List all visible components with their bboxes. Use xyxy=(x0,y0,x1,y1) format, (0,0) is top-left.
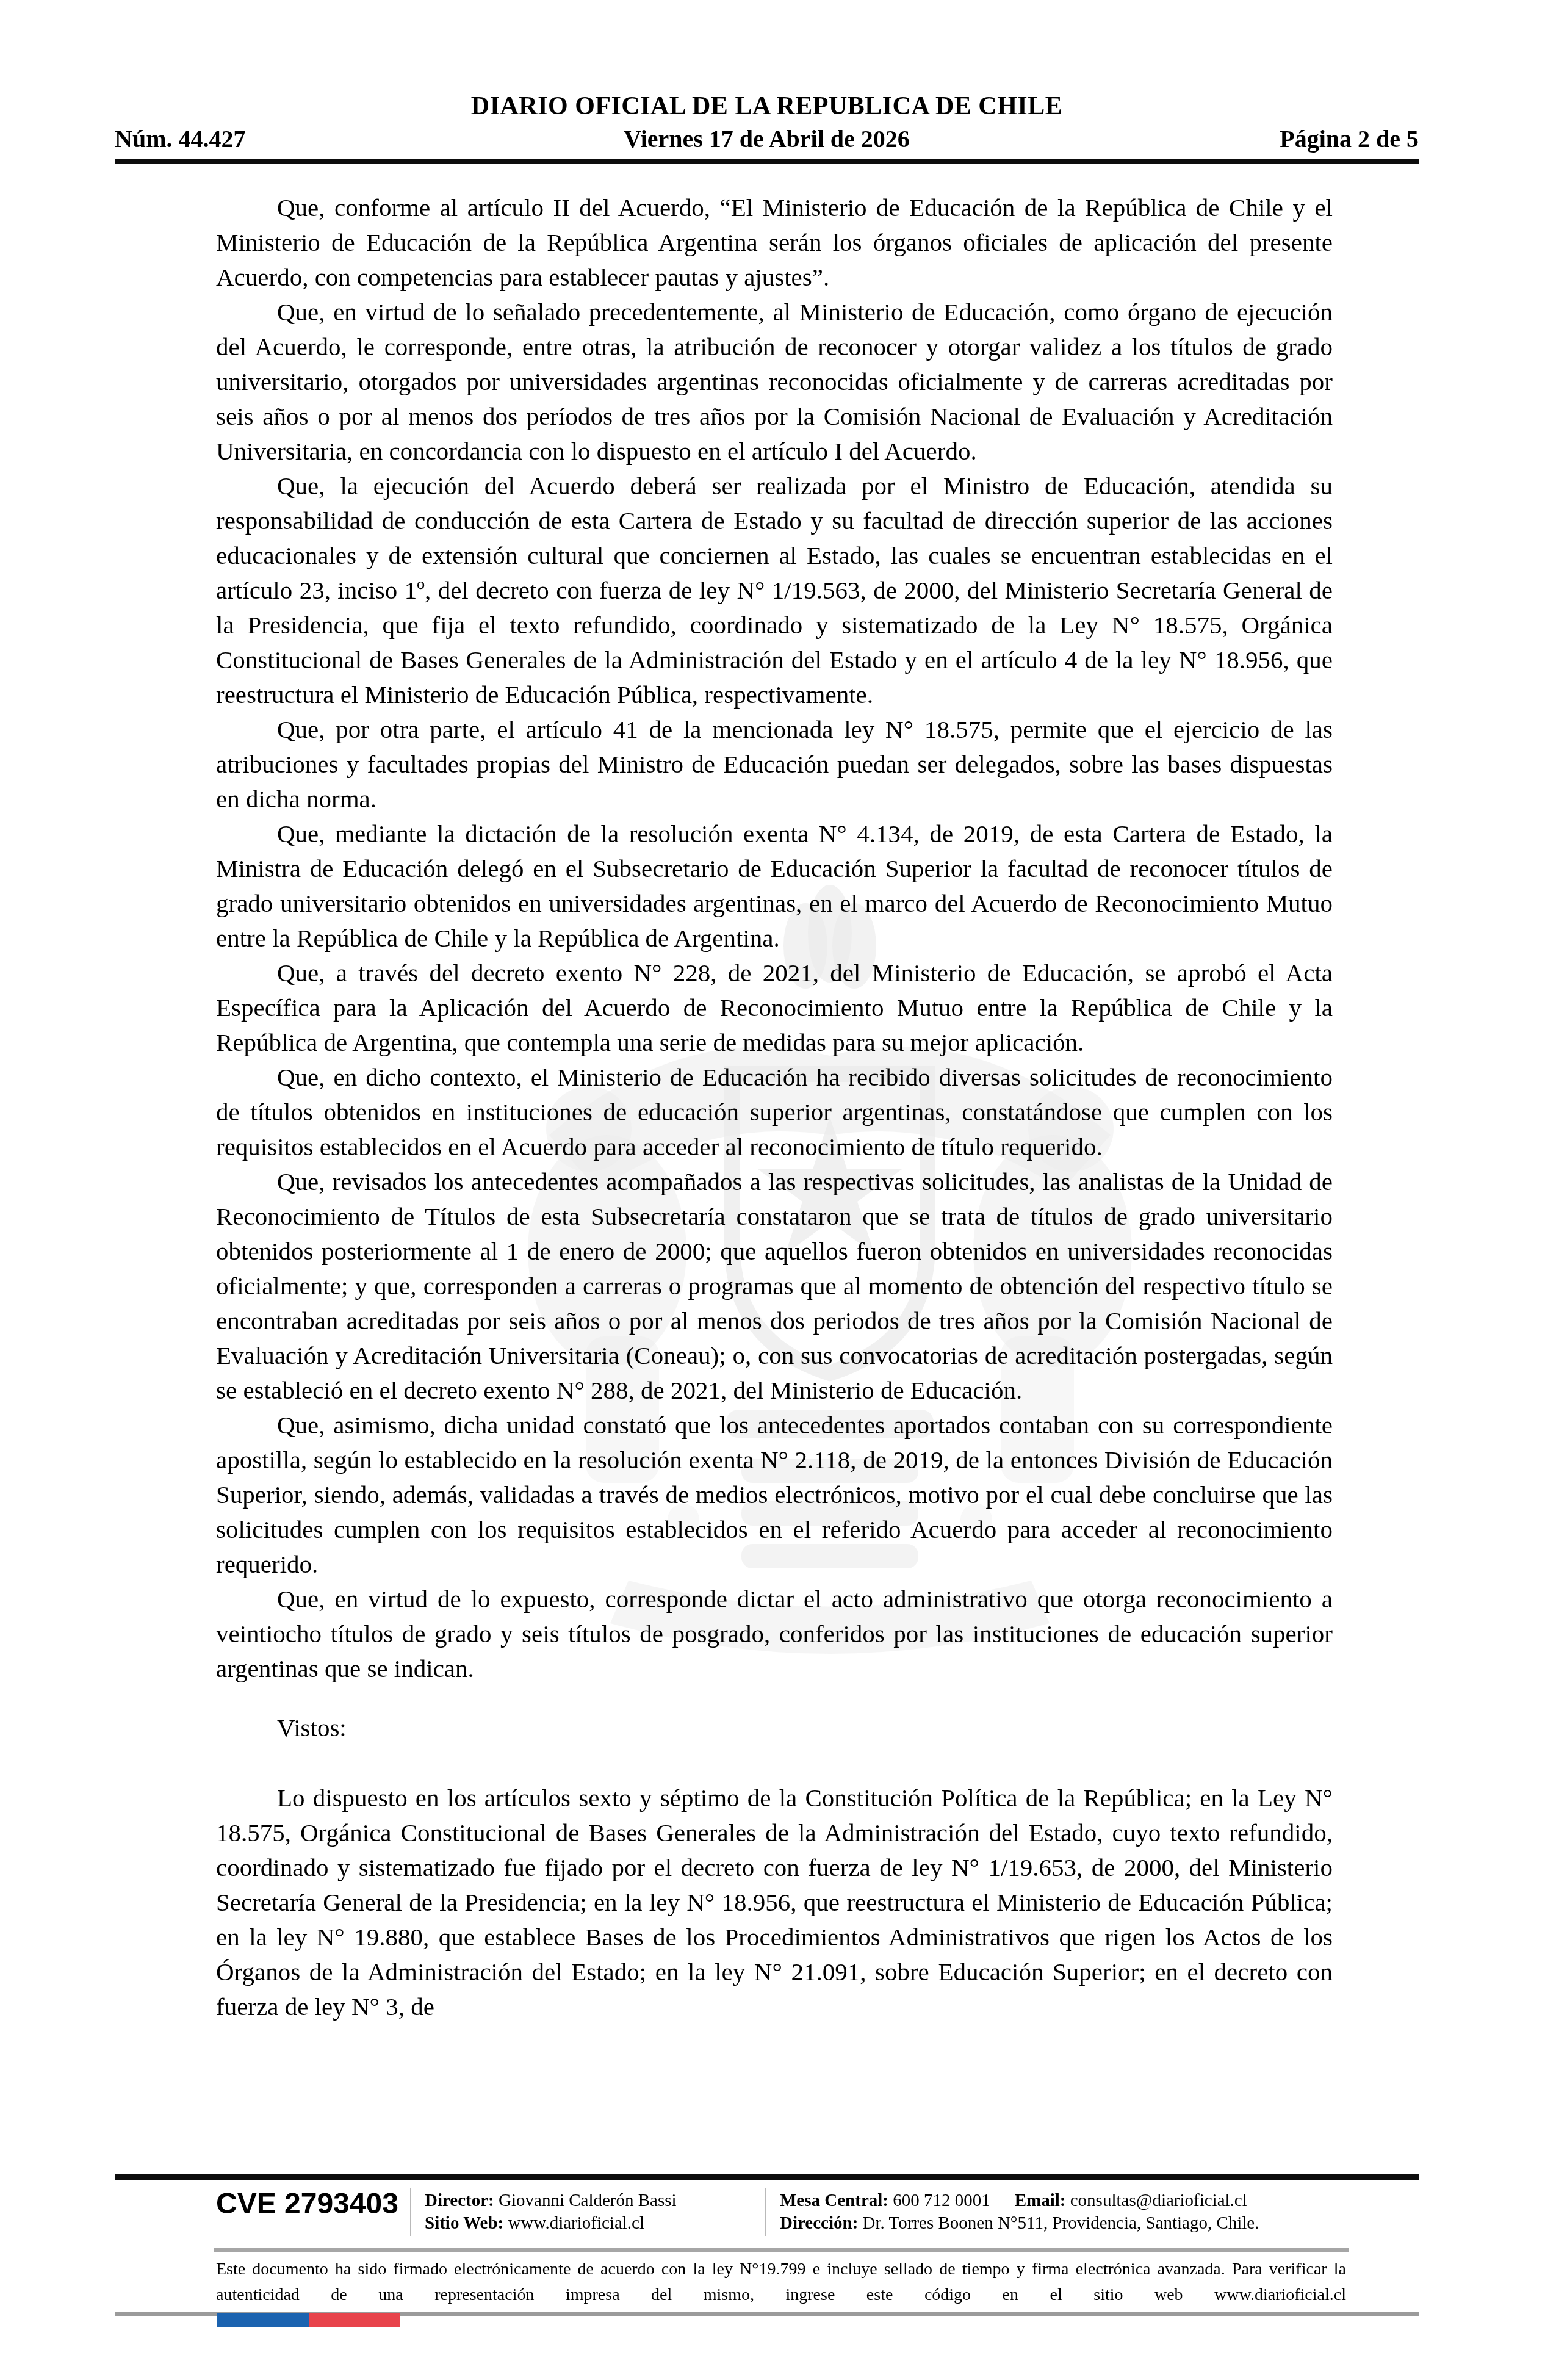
footer-rule-top xyxy=(115,2174,1419,2180)
email-label: Email: xyxy=(1015,2191,1066,2210)
footer-rule-middle xyxy=(214,2248,1349,2252)
cve-code: CVE 2793403 xyxy=(216,2187,405,2221)
masthead-title: DIARIO OFICIAL DE LA REPUBLICA DE CHILE xyxy=(115,92,1419,121)
flag-red-segment xyxy=(309,2313,400,2327)
address-line: Dirección: Dr. Torres Boonen N°511, Prov… xyxy=(780,2212,1259,2235)
director-value: Giovanni Calderón Bassi xyxy=(494,2191,677,2210)
paragraph: Que, en virtud de lo señalado precedente… xyxy=(216,295,1333,469)
paragraph: Que, la ejecución del Acuerdo deberá ser… xyxy=(216,469,1333,712)
website-label: Sitio Web: xyxy=(425,2213,503,2233)
header-meta-row: Núm. 44.427 Viernes 17 de Abril de 2026 … xyxy=(115,124,1419,154)
footer-director-block: Director: Giovanni Calderón Bassi Sitio … xyxy=(425,2190,677,2235)
issue-date: Viernes 17 de Abril de 2026 xyxy=(115,124,1419,154)
page-indicator: Página 2 de 5 xyxy=(1280,124,1419,154)
director-line: Director: Giovanni Calderón Bassi xyxy=(425,2190,677,2212)
vistos-label: Vistos: xyxy=(216,1711,1333,1745)
address-label: Dirección: xyxy=(780,2213,858,2233)
header-rule xyxy=(115,159,1419,164)
document-page: DIARIO OFICIAL DE LA REPUBLICA DE CHILE … xyxy=(0,0,1556,2380)
website-value: www.diarioficial.cl xyxy=(503,2213,644,2233)
paragraph: Que, en virtud de lo expuesto, correspon… xyxy=(216,1582,1333,1686)
document-body: Que, conforme al artículo II del Acuerdo… xyxy=(216,190,1333,2024)
phone-label: Mesa Central: xyxy=(780,2191,888,2210)
paragraph: Lo dispuesto en los artículos sexto y sé… xyxy=(216,1781,1333,2024)
paragraph: Que, en dicho contexto, el Ministerio de… xyxy=(216,1060,1333,1164)
director-label: Director: xyxy=(425,2191,494,2210)
footer-divider xyxy=(765,2188,766,2236)
paragraph: Que, revisados los antecedentes acompaña… xyxy=(216,1164,1333,1408)
phone-value: 600 712 0001 xyxy=(888,2191,990,2210)
footer-contact-block: Mesa Central: 600 712 0001Email: consult… xyxy=(780,2190,1259,2235)
email-value: consultas@diarioficial.cl xyxy=(1066,2191,1247,2210)
chile-flag-icon xyxy=(217,2313,400,2327)
phone-email-line: Mesa Central: 600 712 0001Email: consult… xyxy=(780,2190,1259,2212)
signature-disclaimer: Este documento ha sido firmado electróni… xyxy=(216,2257,1346,2308)
paragraph: Que, por otra parte, el artículo 41 de l… xyxy=(216,712,1333,817)
address-value: Dr. Torres Boonen N°511, Providencia, Sa… xyxy=(858,2213,1259,2233)
footer-divider xyxy=(410,2188,411,2236)
page-header: DIARIO OFICIAL DE LA REPUBLICA DE CHILE … xyxy=(115,92,1419,164)
flag-blue-segment xyxy=(217,2313,309,2327)
paragraph: Que, conforme al artículo II del Acuerdo… xyxy=(216,190,1333,295)
paragraph: Que, asimismo, dicha unidad constató que… xyxy=(216,1408,1333,1582)
paragraph: Que, a través del decreto exento N° 228,… xyxy=(216,956,1333,1060)
paragraph: Que, mediante la dictación de la resoluc… xyxy=(216,817,1333,956)
website-line: Sitio Web: www.diarioficial.cl xyxy=(425,2212,677,2235)
